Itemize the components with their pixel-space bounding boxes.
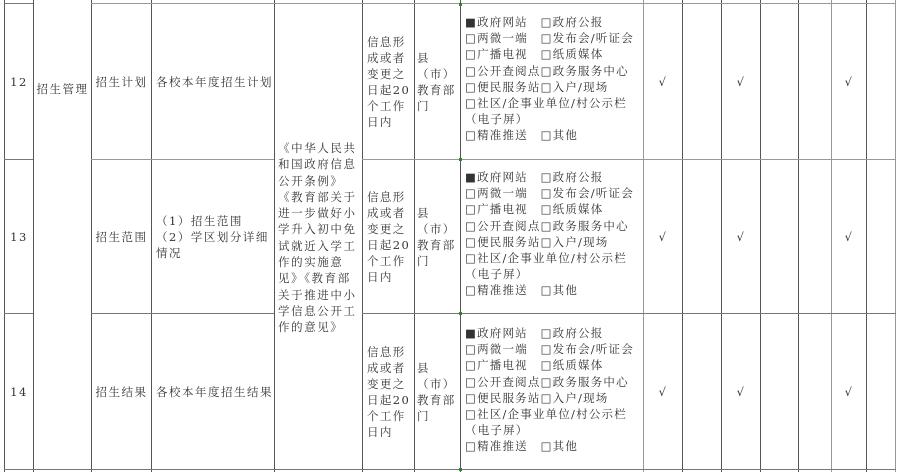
subject-cell: 县（市）教育部门 bbox=[415, 160, 460, 313]
channel-option[interactable]: □便民服务站□入户/现场 bbox=[465, 234, 634, 250]
item-text: 招生范围 bbox=[96, 229, 148, 245]
deadline-cell: 信息形成或者变更之日起20个工作日内 bbox=[363, 4, 414, 159]
channel-option[interactable]: □公开查阅点□政务服务中心 bbox=[465, 374, 634, 390]
channel-option-continued: （电子屏） bbox=[465, 111, 634, 127]
mark-cell: √ bbox=[722, 314, 760, 469]
channel-option[interactable]: □精准推送 □其他 bbox=[465, 438, 634, 454]
subject-cell: 县（市）教育部门 bbox=[415, 314, 460, 469]
channel-option[interactable]: ■政府网站 □政府公报 bbox=[465, 325, 634, 341]
check-mark-icon: √ bbox=[845, 229, 854, 245]
item-cell: 招生结果 bbox=[92, 314, 151, 469]
channel-option[interactable]: □广播电视 □纸质媒体 bbox=[465, 357, 634, 373]
mark-cell bbox=[867, 314, 895, 469]
mark-cell: √ bbox=[832, 4, 866, 159]
subject-text: 县（市）教育部门 bbox=[417, 205, 460, 269]
mark-cell: √ bbox=[644, 160, 682, 313]
channel-option[interactable]: □两微一端 □发布会/听证会 bbox=[465, 185, 634, 201]
channel-option[interactable]: □便民服务站□入户/现场 bbox=[465, 79, 634, 95]
channel-option[interactable]: □广播电视 □纸质媒体 bbox=[465, 46, 634, 62]
channel-option[interactable]: □公开查阅点□政务服务中心 bbox=[465, 63, 634, 79]
item-text: 招生计划 bbox=[96, 74, 148, 90]
mark-cell bbox=[761, 314, 798, 469]
border bbox=[895, 0, 896, 472]
category-label: 招生管理 bbox=[37, 81, 89, 97]
check-mark-icon: √ bbox=[737, 229, 746, 245]
item-cell: 招生范围 bbox=[92, 160, 151, 313]
deadline-cell: 信息形成或者变更之日起20个工作日内 bbox=[363, 314, 414, 469]
mark-cell: √ bbox=[722, 160, 760, 313]
category-cell: 招生管理 bbox=[34, 4, 91, 174]
check-mark-icon: √ bbox=[845, 74, 854, 90]
basis-text: 《中华人民共和国政府信息公开条例》《教育部关于进一步做好小学升入初中免试就近入学… bbox=[278, 140, 359, 336]
subject-text: 县（市）教育部门 bbox=[417, 360, 460, 424]
border bbox=[4, 469, 896, 470]
row-index-text: 14 bbox=[10, 384, 28, 400]
deadline-text: 信息形成或者变更之日起20个工作日内 bbox=[367, 189, 414, 285]
mark-cell bbox=[799, 314, 831, 469]
mark-cell: √ bbox=[832, 160, 866, 313]
channel-option-continued: （电子屏） bbox=[465, 422, 634, 438]
mark-cell: √ bbox=[644, 4, 682, 159]
disclosure-table: 招生管理 《中华人民共和国政府信息公开条例》《教育部关于进一步做好小学升入初中免… bbox=[0, 0, 900, 472]
channel-option[interactable]: □社区/企事业单位/村公示栏 bbox=[465, 406, 634, 422]
deadline-cell: 信息形成或者变更之日起20个工作日内 bbox=[363, 160, 414, 313]
deadline-text: 信息形成或者变更之日起20个工作日内 bbox=[367, 344, 414, 440]
check-mark-icon: √ bbox=[659, 74, 668, 90]
subject-text: 县（市）教育部门 bbox=[417, 50, 460, 114]
mark-cell: √ bbox=[722, 4, 760, 159]
mark-cell bbox=[761, 4, 798, 159]
check-mark-icon: √ bbox=[845, 384, 854, 400]
mark-cell bbox=[683, 160, 721, 313]
channel-option[interactable]: □两微一端 □发布会/听证会 bbox=[465, 341, 634, 357]
row-index: 12 bbox=[5, 4, 33, 159]
mark-cell: √ bbox=[832, 314, 866, 469]
content-cell: （1）招生范围 （2）学区划分详细情况 bbox=[152, 160, 274, 313]
row-index: 13 bbox=[5, 160, 33, 313]
channels-cell: ■政府网站 □政府公报 □两微一端 □发布会/听证会 □广播电视 □纸质媒体 □… bbox=[461, 160, 643, 313]
content-cell: 各校本年度招生计划 bbox=[152, 4, 274, 159]
check-mark-icon: √ bbox=[737, 74, 746, 90]
mark-cell bbox=[761, 160, 798, 313]
channel-option-continued: （电子屏） bbox=[465, 266, 634, 282]
channels-cell: ■政府网站 □政府公报 □两微一端 □发布会/听证会 □广播电视 □纸质媒体 □… bbox=[461, 4, 643, 159]
mark-cell: √ bbox=[644, 314, 682, 469]
channel-option[interactable]: □社区/企事业单位/村公示栏 bbox=[465, 250, 634, 266]
mark-cell bbox=[867, 4, 895, 159]
channel-option[interactable]: □社区/企事业单位/村公示栏 bbox=[465, 95, 634, 111]
mark-cell bbox=[683, 4, 721, 159]
mark-cell bbox=[799, 160, 831, 313]
channel-option[interactable]: □广播电视 □纸质媒体 bbox=[465, 201, 634, 217]
basis-cell: 《中华人民共和国政府信息公开条例》《教育部关于进一步做好小学升入初中免试就近入学… bbox=[275, 140, 362, 340]
channel-option[interactable]: ■政府网站 □政府公报 bbox=[465, 169, 634, 185]
deadline-text: 信息形成或者变更之日起20个工作日内 bbox=[367, 34, 414, 130]
channel-option[interactable]: □公开查阅点□政务服务中心 bbox=[465, 218, 634, 234]
channel-option[interactable]: □精准推送 □其他 bbox=[465, 282, 634, 298]
check-mark-icon: √ bbox=[659, 384, 668, 400]
mark-cell bbox=[867, 160, 895, 313]
subject-cell: 县（市）教育部门 bbox=[415, 4, 460, 159]
check-mark-icon: √ bbox=[659, 229, 668, 245]
mark-cell bbox=[683, 314, 721, 469]
row-index-text: 13 bbox=[10, 229, 28, 245]
check-mark-icon: √ bbox=[737, 384, 746, 400]
row-index: 14 bbox=[5, 314, 33, 469]
content-cell: 各校本年度招生结果 bbox=[152, 314, 274, 469]
channel-option[interactable]: □两微一端 □发布会/听证会 bbox=[465, 30, 634, 46]
row-index-text: 12 bbox=[10, 74, 28, 90]
item-cell: 招生计划 bbox=[92, 4, 151, 159]
content-text: （1）招生范围 （2）学区划分详细情况 bbox=[156, 213, 274, 261]
channels-cell: ■政府网站 □政府公报 □两微一端 □发布会/听证会 □广播电视 □纸质媒体 □… bbox=[461, 314, 643, 469]
item-text: 招生结果 bbox=[96, 384, 148, 400]
content-text: 各校本年度招生计划 bbox=[156, 74, 273, 90]
content-text: 各校本年度招生结果 bbox=[156, 384, 273, 400]
channel-option[interactable]: □精准推送 □其他 bbox=[465, 127, 634, 143]
mark-cell bbox=[799, 4, 831, 159]
channel-option[interactable]: ■政府网站 □政府公报 bbox=[465, 14, 634, 30]
channel-option[interactable]: □便民服务站□入户/现场 bbox=[465, 390, 634, 406]
